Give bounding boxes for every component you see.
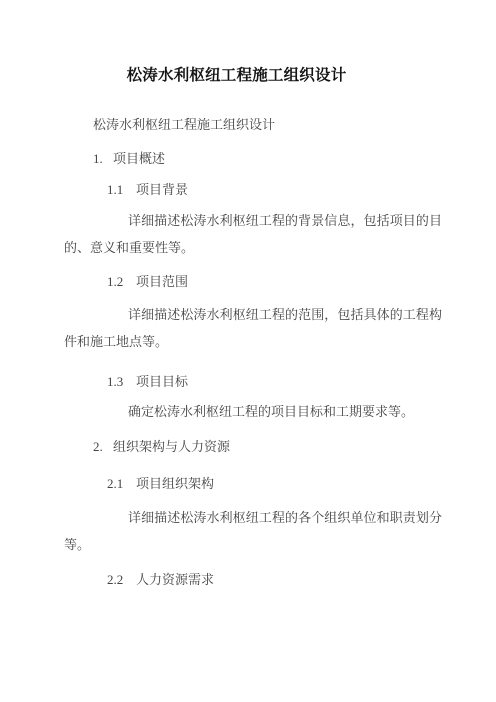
- heading-text: 项目概述: [113, 145, 165, 172]
- heading-number: 2.2: [107, 566, 136, 593]
- doc-paragraph: 详细描述松涛水利枢纽工程的范围，包括具体的工程构件和施工地点等。: [64, 301, 442, 355]
- doc-intro-paragraph: 松涛水利枢纽工程施工组织设计: [93, 111, 442, 138]
- heading-text: 组织架构与人力资源: [113, 433, 230, 460]
- doc-heading-level2: 1.3项目目标: [107, 368, 442, 395]
- doc-heading-level1: 1.项目概述: [93, 145, 442, 172]
- heading-number: 1.: [93, 145, 113, 172]
- doc-heading-level2: 1.1项目背景: [107, 176, 442, 203]
- document-body: 松涛水利枢纽工程施工组织设计1.项目概述1.1项目背景详细描述松涛水利枢纽工程的…: [64, 111, 442, 593]
- document-content: 松涛水利枢纽工程施工组织设计 松涛水利枢纽工程施工组织设计1.项目概述1.1项目…: [64, 65, 442, 593]
- heading-number: 1.2: [107, 268, 136, 295]
- heading-text: 项目目标: [136, 368, 188, 395]
- heading-text: 项目组织架构: [136, 470, 214, 497]
- document-title: 松涛水利枢纽工程施工组织设计: [64, 65, 409, 87]
- doc-paragraph: 详细描述松涛水利枢纽工程的背景信息，包括项目的目的、意义和重要性等。: [64, 207, 442, 261]
- heading-text: 人力资源需求: [136, 566, 214, 593]
- doc-heading-level2: 1.2项目范围: [107, 268, 442, 295]
- doc-paragraph: 详细描述松涛水利枢纽工程的各个组织单位和职责划分等。: [64, 504, 442, 558]
- heading-number: 2.: [93, 433, 113, 460]
- doc-paragraph: 确定松涛水利枢纽工程的项目目标和工期要求等。: [64, 398, 442, 425]
- heading-text: 项目背景: [136, 176, 188, 203]
- heading-text: 项目范围: [136, 268, 188, 295]
- heading-number: 1.1: [107, 176, 136, 203]
- doc-heading-level2: 2.1项目组织架构: [107, 470, 442, 497]
- heading-number: 2.1: [107, 470, 136, 497]
- heading-number: 1.3: [107, 368, 136, 395]
- doc-heading-level2: 2.2人力资源需求: [107, 566, 442, 593]
- document-page: 松涛水利枢纽工程施工组织设计 松涛水利枢纽工程施工组织设计1.项目概述1.1项目…: [0, 0, 496, 702]
- doc-heading-level1: 2.组织架构与人力资源: [93, 433, 442, 460]
